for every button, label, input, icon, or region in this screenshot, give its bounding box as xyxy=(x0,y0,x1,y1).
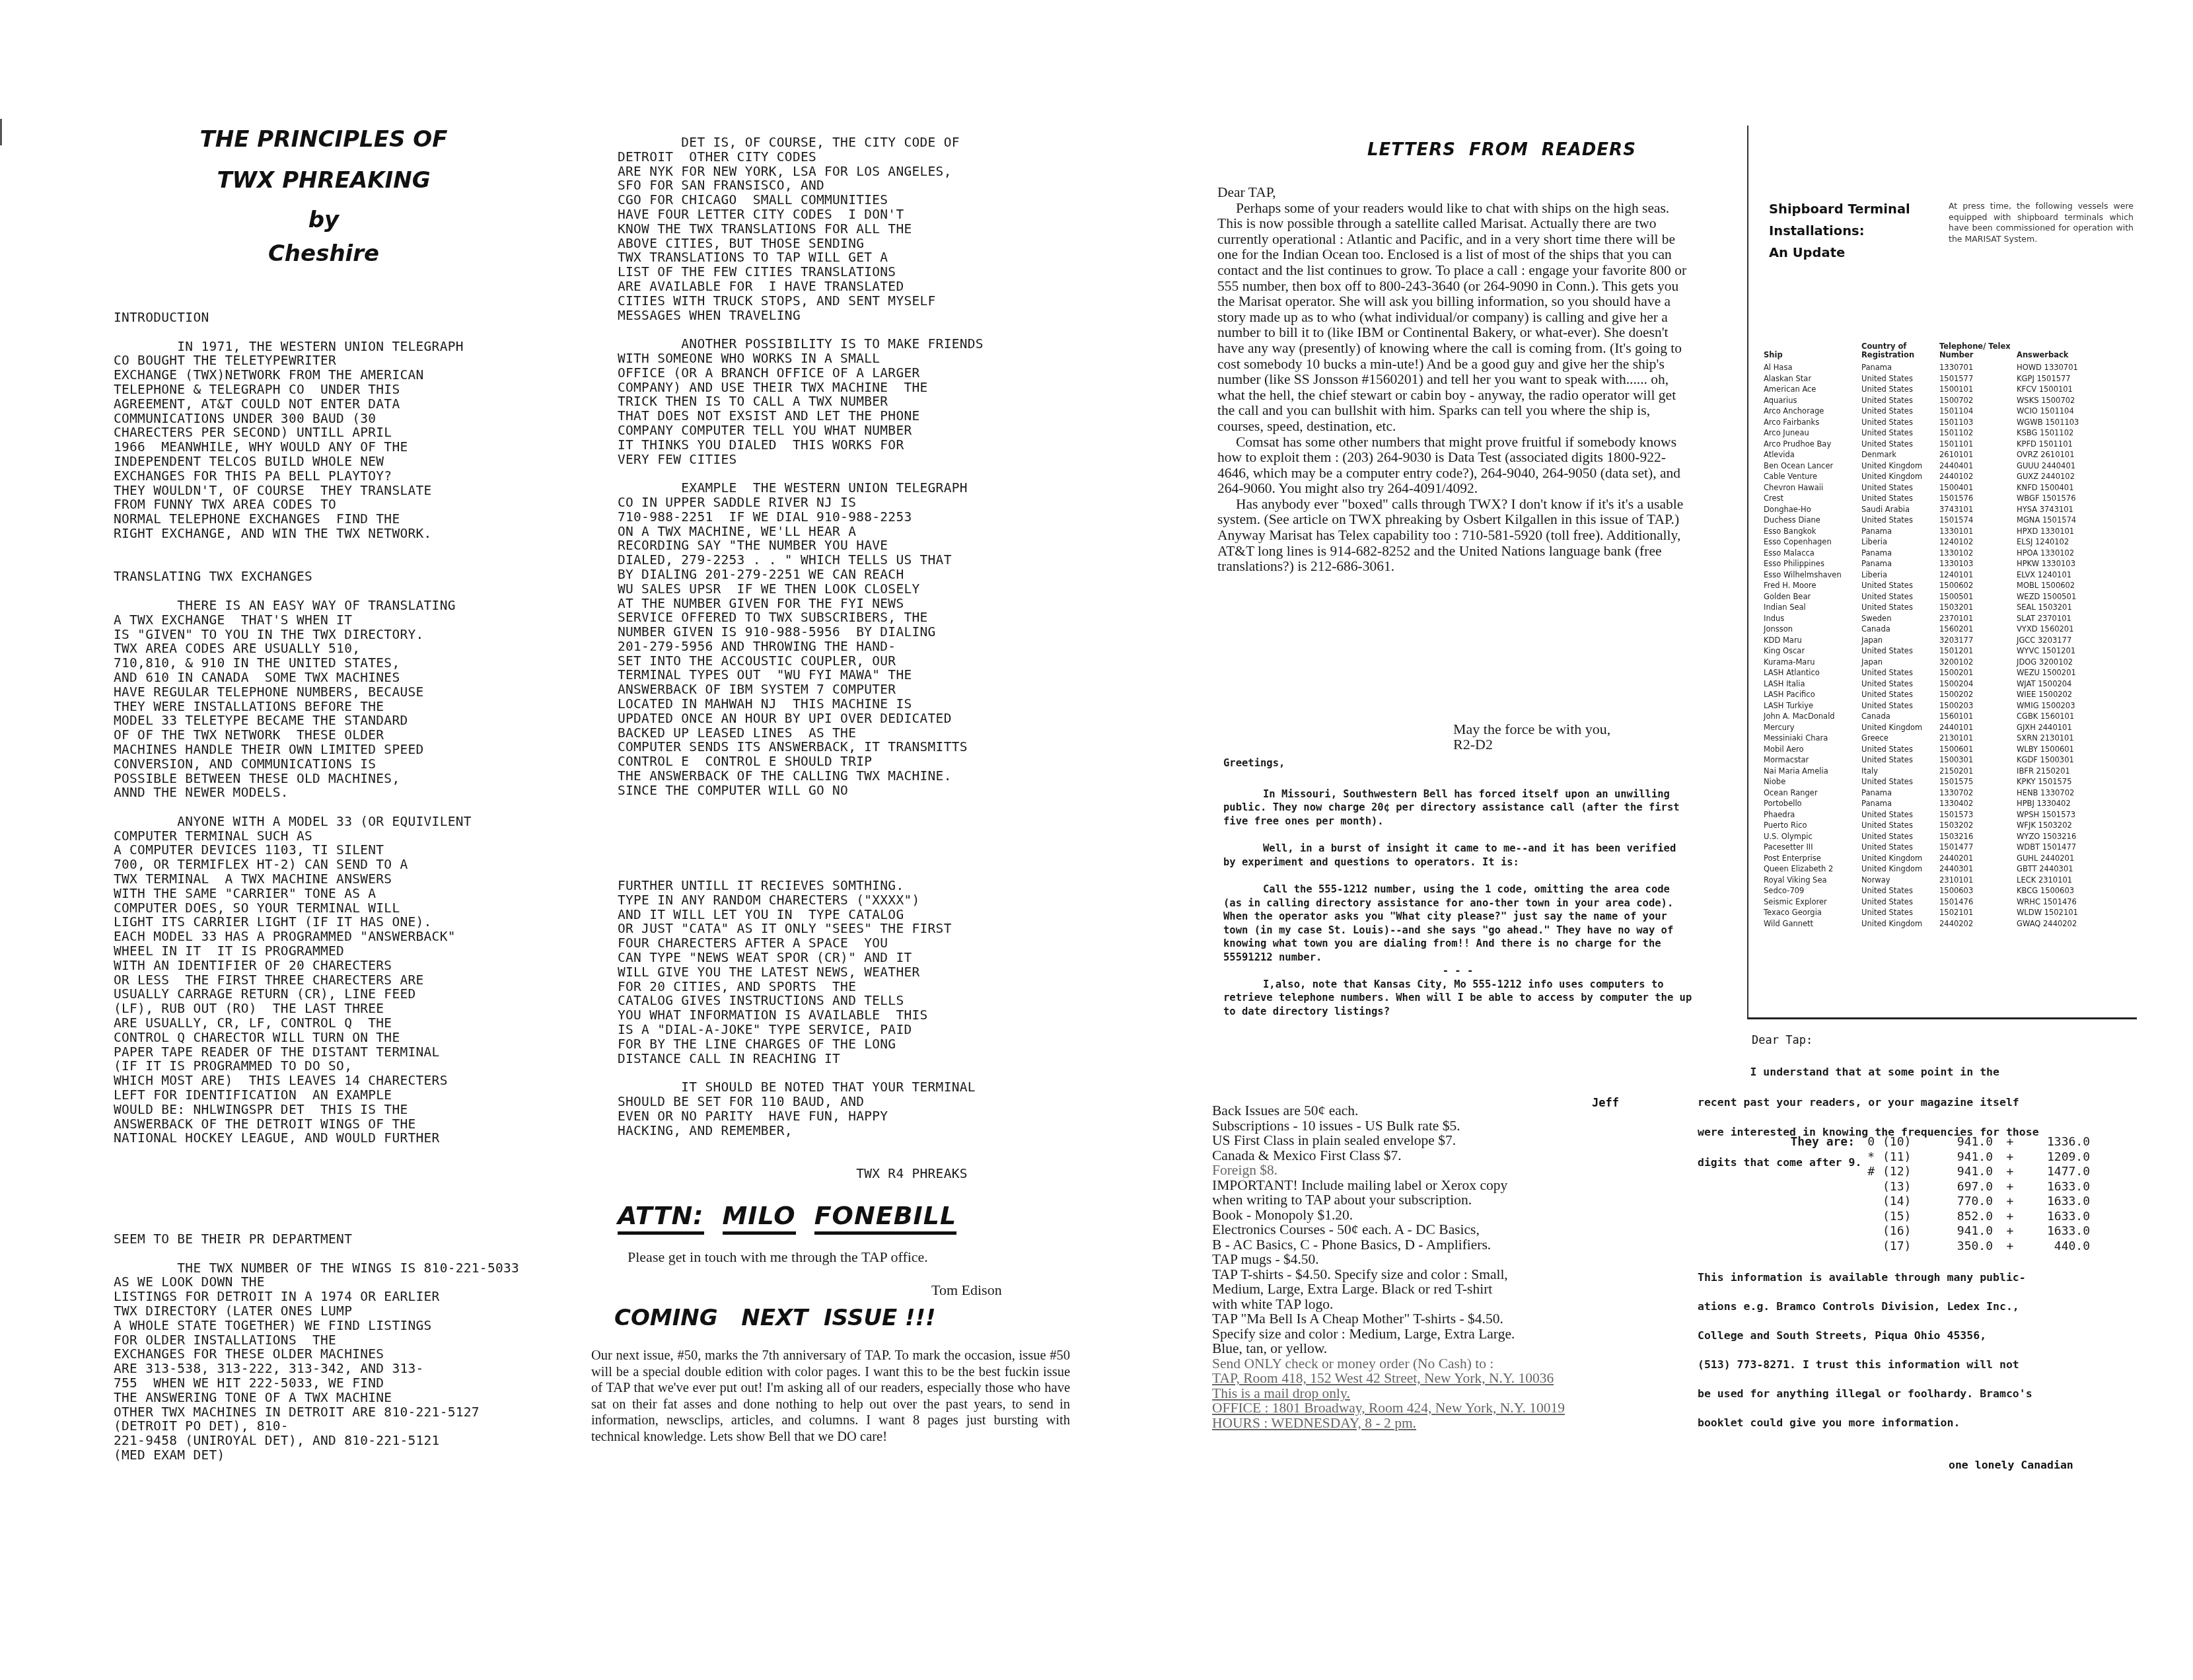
ship-country: United States xyxy=(1861,580,1939,591)
text-line: RIGHT EXCHANGE, AND WIN THE TWX NETWORK. xyxy=(114,527,472,541)
ship-name: Ocean Ranger xyxy=(1764,787,1861,799)
ship-telex: 1503202 xyxy=(1939,820,2017,831)
text-line xyxy=(114,556,472,570)
frequency-row: (16)941.0+1633.0 xyxy=(1752,1224,2094,1239)
table-row: AtlevidaDenmark2610101OVRZ 2610101 xyxy=(1764,449,2103,460)
frequency-cell: 941.0 xyxy=(1926,1224,1997,1239)
ship-name: Sedco-709 xyxy=(1764,885,1861,896)
ship-name: Arco Prudhoe Bay xyxy=(1764,439,1861,450)
ship-name: Post Enterprise xyxy=(1764,853,1861,864)
ship-answerback: KNFD 1500401 xyxy=(2017,482,2103,493)
text-line: POSSIBLE BETWEEN THESE OLD MACHINES, xyxy=(114,772,472,786)
table-row: Mobil AeroUnited States1500601WLBY 15006… xyxy=(1764,744,2103,755)
table-row: Post EnterpriseUnited Kingdom2440201GUHL… xyxy=(1764,853,2103,864)
letter-line: booklet could give you more information. xyxy=(1698,1408,2180,1438)
ship-telex: 1501576 xyxy=(1939,493,2017,504)
text-line: FOUR CHARECTERS AFTER A SPACE YOU xyxy=(618,936,976,951)
ship-country: Panama xyxy=(1861,798,1939,809)
ship-name: Crest xyxy=(1764,493,1861,504)
ship-country: Liberia xyxy=(1861,536,1939,548)
frequency-cell: (14) xyxy=(1879,1194,1926,1210)
text-line: WITH SOMEONE WHO WORKS IN A SMALL xyxy=(618,351,984,366)
text-line: CO IN UPPER SADDLE RIVER NJ IS xyxy=(618,495,984,510)
ship-answerback: MOBL 1500602 xyxy=(2017,580,2103,591)
ship-name: American Ace xyxy=(1764,384,1861,395)
text-line xyxy=(114,584,472,599)
text-line: WILL GIVE YOU THE LATEST NEWS, WEATHER xyxy=(618,965,976,980)
ad-back-issues: Back Issues are 50¢ each. xyxy=(1212,1103,1641,1118)
ship-answerback: CGBK 1560101 xyxy=(2017,711,2103,722)
text-line: WHICH MOST ARE) THIS LEAVES 14 CHARECTER… xyxy=(114,1074,472,1088)
frequency-cell xyxy=(1859,1239,1879,1255)
ship-name: Mercury xyxy=(1764,722,1861,733)
ship-country: United States xyxy=(1861,744,1939,755)
letter-separator: - - - xyxy=(1223,964,1692,978)
table-row: PortobelloPanama1330402HPBJ 1330402 xyxy=(1764,798,2103,809)
ship-name: Indus xyxy=(1764,613,1861,624)
ad-courses: Electronics Courses - 50¢ each. A - DC B… xyxy=(1212,1222,1641,1237)
frequency-cell: 0 xyxy=(1859,1135,1879,1150)
table-row: Arco JuneauUnited States1501102KSBG 1501… xyxy=(1764,427,2103,439)
frequency-cell: + xyxy=(1997,1150,2023,1165)
frequency-cell: # xyxy=(1859,1165,1879,1180)
text-line: TRANSLATING TWX EXCHANGES xyxy=(114,569,472,584)
text-line: ON A TWX MACHINE, WE'LL HEAR A xyxy=(618,525,984,539)
ship-telex: 2150201 xyxy=(1939,766,2017,777)
frequency-cell: (15) xyxy=(1879,1210,1926,1225)
text-line: AGREEMENT, AT&T COULD NOT ENTER DATA xyxy=(114,397,472,412)
text-line xyxy=(618,1066,976,1080)
text-line: INDEPENDENT TELCOS BUILD WHOLE NEW xyxy=(114,455,472,469)
ship-country: United States xyxy=(1861,885,1939,896)
ship-country: United Kingdom xyxy=(1861,471,1939,482)
ship-name: Kurama-Maru xyxy=(1764,657,1861,668)
ship-answerback: MGNA 1501574 xyxy=(2017,515,2103,526)
ship-country: United Kingdom xyxy=(1861,460,1939,472)
table-row: Wild GannettUnited Kingdom2440202GWAQ 24… xyxy=(1764,918,2103,930)
ship-telex: 1500202 xyxy=(1939,689,2017,700)
text-line: SERVICE OFFERED TO TWX SUBSCRIBERS, THE xyxy=(618,610,984,625)
text-line: SFO FOR SAN FRANSISCO, AND xyxy=(618,178,984,193)
ship-name: KDD Maru xyxy=(1764,635,1861,646)
text-line: IS A "DIAL-A-JOKE" TYPE SERVICE, PAID xyxy=(618,1023,976,1037)
shipboard-title-line: An Update xyxy=(1769,242,1910,264)
ship-country: United States xyxy=(1861,831,1939,842)
column-header-ship: Ship xyxy=(1764,342,1861,362)
ship-country: United Kingdom xyxy=(1861,853,1939,864)
ship-telex: 1500501 xyxy=(1939,591,2017,603)
text-line: TERMINAL TYPES OUT "WU FYI MAWA" THE xyxy=(618,668,984,682)
ship-country: Liberia xyxy=(1861,569,1939,581)
frequency-cell xyxy=(1859,1194,1879,1210)
text-line: FOR 20 CITIES, AND SPORTS THE xyxy=(618,980,976,994)
frequency-cell: + xyxy=(1997,1239,2023,1255)
letter-paragraph: Call the 555-1212 number, using the 1 co… xyxy=(1223,883,1692,964)
letter-closing: May the force be with you, xyxy=(1453,721,1610,737)
text-line xyxy=(114,1247,519,1261)
article-title: THE PRINCIPLES OF TWX PHREAKING by Chesh… xyxy=(152,119,495,268)
text-line: A COMPUTER DEVICES 1103, TI SILENT xyxy=(114,843,472,858)
text-line: DETROIT OTHER CITY CODES xyxy=(618,150,984,164)
frequency-cell: 1477.0 xyxy=(2023,1165,2094,1180)
table-row: Queen Elizabeth 2United Kingdom2440301GB… xyxy=(1764,863,2103,875)
text-line: WHEEL IN IT IT IS PROGRAMMED xyxy=(114,944,472,959)
text-line: LIGHT ITS CARRIER LIGHT (IF IT HAS ONE). xyxy=(114,915,472,930)
text-line: OTHER TWX MACHINES IN DETROIT ARE 810-22… xyxy=(114,1405,519,1420)
ship-answerback: WFJK 1503202 xyxy=(2017,820,2103,831)
ship-country: Norway xyxy=(1861,875,1939,886)
ship-answerback: JDOG 3200102 xyxy=(2017,657,2103,668)
milo-notice-body: Please get in touch with me through the … xyxy=(628,1249,928,1266)
text-line: MACHINES HANDLE THEIR OWN LIMITED SPEED xyxy=(114,743,472,757)
ship-name: Al Hasa xyxy=(1764,362,1861,373)
text-line: EXCHANGES FOR THIS PA BELL PLAYTOY? xyxy=(114,469,472,484)
ship-answerback: ELSJ 1240102 xyxy=(2017,536,2103,548)
table-row: Puerto RicoUnited States1503202WFJK 1503… xyxy=(1764,820,2103,831)
dtmf-frequency-table: They are:0(10)941.0+1336.0*(11)941.0+120… xyxy=(1752,1135,2094,1254)
frequency-cell: They are: xyxy=(1752,1135,1859,1150)
ship-answerback: OVRZ 2610101 xyxy=(2017,449,2103,460)
text-line: PAPER TAPE READER OF THE DISTANT TERMINA… xyxy=(114,1045,472,1060)
frequency-cell: + xyxy=(1997,1135,2023,1150)
frequency-row: *(11)941.0+1209.0 xyxy=(1752,1150,2094,1165)
table-row: John A. MacDonaldCanada1560101CGBK 15601… xyxy=(1764,711,2103,722)
shipboard-table-body: Al HasaPanama1330701HOWD 1330701Alaskan … xyxy=(1764,362,2103,929)
text-line: DET IS, OF COURSE, THE CITY CODE OF xyxy=(618,135,984,150)
ship-answerback: ELVX 1240101 xyxy=(2017,569,2103,581)
text-line: NORMAL TELEPHONE EXCHANGES FIND THE xyxy=(114,512,472,527)
text-line: 700, OR TERMIFLEX HT-2) CAN SEND TO A xyxy=(114,858,472,872)
ship-telex: 1330402 xyxy=(1939,798,2017,809)
ship-telex: 2310101 xyxy=(1939,875,2017,886)
ship-name: U.S. Olympic xyxy=(1764,831,1861,842)
text-line: EXCHANGES FOR THESE OLDER MACHINES xyxy=(114,1347,519,1362)
ship-name: Portobello xyxy=(1764,798,1861,809)
text-line: SEEM TO BE THEIR PR DEPARTMENT xyxy=(114,1232,519,1247)
ship-answerback: WSKS 1500702 xyxy=(2017,395,2103,406)
frequency-cell xyxy=(1859,1210,1879,1225)
ship-answerback: KBCG 1500603 xyxy=(2017,885,2103,896)
ship-telex: 1240102 xyxy=(1939,536,2017,548)
text-line: DISTANCE CALL IN REACHING IT xyxy=(618,1052,976,1066)
milo-title-word: MILO xyxy=(723,1201,796,1235)
table-row: LASH AtlanticoUnited States1500201WEZU 1… xyxy=(1764,667,2103,678)
frequency-cell: (13) xyxy=(1879,1180,1926,1195)
ad-tshirts-2: Medium, Large, Extra Large. Black or red… xyxy=(1212,1282,1641,1297)
frequency-cell xyxy=(1752,1194,1859,1210)
column-header-country: Country of Registration xyxy=(1861,342,1939,362)
ship-country: United States xyxy=(1861,689,1939,700)
ship-answerback: SXRN 2130101 xyxy=(2017,733,2103,744)
ship-telex: 3200102 xyxy=(1939,657,2017,668)
table-row: Golden BearUnited States1500501WEZD 1500… xyxy=(1764,591,2103,603)
frequency-row: #(12)941.0+1477.0 xyxy=(1752,1165,2094,1180)
ship-name: Esso Philippines xyxy=(1764,558,1861,569)
ship-answerback: HPKW 1330103 xyxy=(2017,558,2103,569)
text-line: FROM FUNNY TWX AREA CODES TO xyxy=(114,497,472,512)
text-line xyxy=(114,800,472,815)
ship-answerback: HENB 1330702 xyxy=(2017,787,2103,799)
text-line: FURTHER UNTILL IT RECIEVES SOMTHING. xyxy=(618,879,976,893)
letter-r2d2-signoff: May the force be with you, R2-D2 xyxy=(1453,721,1610,752)
text-line: 710,810, & 910 IN THE UNITED STATES, xyxy=(114,656,472,671)
ship-telex: 2610101 xyxy=(1939,449,2017,460)
table-row: Sedco-709United States1500603KBCG 150060… xyxy=(1764,885,2103,896)
text-line: USUALLY CARRAGE RETURN (CR), LINE FEED xyxy=(114,987,472,1002)
ship-country: United States xyxy=(1861,427,1939,439)
ship-country: United Kingdom xyxy=(1861,918,1939,930)
text-line: MESSAGES WHEN TRAVELING xyxy=(618,309,984,323)
table-row: Arco FairbanksUnited States1501103WGWB 1… xyxy=(1764,417,2103,428)
ship-telex: 1503201 xyxy=(1939,602,2017,613)
ship-answerback: KPKY 1501575 xyxy=(2017,776,2103,787)
ship-country: United States xyxy=(1861,515,1939,526)
letter-paragraph: I,also, note that Kansas City, Mo 555-12… xyxy=(1223,978,1692,1019)
frequency-cell: 350.0 xyxy=(1926,1239,1997,1255)
ship-telex: 1330702 xyxy=(1939,787,2017,799)
ship-answerback: HPOA 1330102 xyxy=(2017,548,2103,559)
ship-country: Japan xyxy=(1861,635,1939,646)
frequency-cell: 1209.0 xyxy=(2023,1150,2094,1165)
ship-telex: 1501574 xyxy=(1939,515,2017,526)
ship-name: Fred H. Moore xyxy=(1764,580,1861,591)
ad-mabell-tshirts-3: Blue, tan, or yellow. xyxy=(1212,1341,1641,1356)
ship-telex: 2440401 xyxy=(1939,460,2017,472)
letter-jeff: Greetings, In Missouri, Southwestern Bel… xyxy=(1223,756,1692,1032)
table-row: Messiniaki CharaGreece2130101SXRN 213010… xyxy=(1764,733,2103,744)
ad-book: Book - Monopoly $1.20. xyxy=(1212,1208,1641,1223)
ship-answerback: LECK 2310101 xyxy=(2017,875,2103,886)
ship-name: Royal Viking Sea xyxy=(1764,875,1861,886)
text-line: LOCATED IN MAHWAH NJ THIS MACHINE IS xyxy=(618,697,984,712)
frequency-cell: 1336.0 xyxy=(2023,1135,2094,1150)
text-line: IN 1971, THE WESTERN UNION TELEGRAPH xyxy=(114,340,472,354)
text-line xyxy=(114,541,472,556)
ship-telex: 1500702 xyxy=(1939,395,2017,406)
table-row: AquariusUnited States1500702WSKS 1500702 xyxy=(1764,395,2103,406)
frequency-cell: 941.0 xyxy=(1926,1135,1997,1150)
ship-answerback: WCIO 1501104 xyxy=(2017,406,2103,417)
ship-answerback: HOWD 1330701 xyxy=(2017,362,2103,373)
ship-answerback: WYVC 1501201 xyxy=(2017,645,2103,657)
table-row: Esso WilhelmshavenLiberia1240101ELVX 124… xyxy=(1764,569,2103,581)
text-line: CHARECTERS PER SECOND) UNTILL APRIL xyxy=(114,425,472,440)
ship-country: Panama xyxy=(1861,548,1939,559)
text-line: 201-279-5956 AND THROWING THE HAND- xyxy=(618,639,984,654)
ship-country: Canada xyxy=(1861,711,1939,722)
article-title-line-1: THE PRINCIPLES OF xyxy=(152,119,495,160)
table-row: IndusSweden2370101SLAT 2370101 xyxy=(1764,613,2103,624)
ship-telex: 1500101 xyxy=(1939,384,2017,395)
text-line: TYPE IN ANY RANDOM CHARECTERS ("XXXX") xyxy=(618,893,976,908)
ship-country: United States xyxy=(1861,439,1939,450)
ship-answerback: KSBG 1501102 xyxy=(2017,427,2103,439)
ship-country: Panama xyxy=(1861,787,1939,799)
ship-name: Esso Wilhelmshaven xyxy=(1764,569,1861,581)
frequency-cell xyxy=(1752,1224,1859,1239)
ship-answerback: JGCC 3203177 xyxy=(2017,635,2103,646)
frequency-cell: (10) xyxy=(1879,1135,1926,1150)
text-line: ANND THE NEWER MODELS. xyxy=(114,785,472,800)
page-edge-mark xyxy=(0,119,2,145)
ad-mabell-tshirts: TAP "Ma Bell Is A Cheap Mother" T-shirts… xyxy=(1212,1311,1641,1327)
ship-country: United States xyxy=(1861,809,1939,821)
text-line: MODEL 33 TELETYPE BECAME THE STANDARD xyxy=(114,713,472,728)
text-line: ABOVE CITIES, BUT THOSE SENDING xyxy=(618,237,984,251)
ship-country: United States xyxy=(1861,482,1939,493)
ad-canada-mexico: Canada & Mexico First Class $7. xyxy=(1212,1148,1641,1163)
ad-tshirts-3: with white TAP logo. xyxy=(1212,1297,1641,1312)
ship-name: LASH Pacifico xyxy=(1764,689,1861,700)
ship-telex: 1330101 xyxy=(1939,526,2017,537)
coming-next-issue-title: COMING NEXT ISSUE !!! xyxy=(614,1305,936,1331)
letter-paragraph: In Missouri, Southwestern Bell has force… xyxy=(1223,787,1692,828)
letter-canadian-body: This information is available through ma… xyxy=(1698,1263,2180,1438)
text-line: FOR BY THE LINE CHARGES OF THE LONG xyxy=(618,1037,976,1052)
text-line: OF OF THE TWX NETWORK THESE OLDER xyxy=(114,728,472,743)
tap-subscription-info: Back Issues are 50¢ each. Subscriptions … xyxy=(1212,1103,1641,1430)
text-line: 1966 MEANWHILE, WHY WOULD ANY OF THE xyxy=(114,440,472,455)
ship-telex: 2130101 xyxy=(1939,733,2017,744)
text-line: TWX AREA CODES ARE USUALLY 510, xyxy=(114,641,472,656)
ship-telex: 2440102 xyxy=(1939,471,2017,482)
table-row: Esso PhilippinesPanama1330103HPKW 133010… xyxy=(1764,558,2103,569)
ship-country: United Kingdom xyxy=(1861,863,1939,875)
text-line xyxy=(618,322,984,337)
text-line: TWX DIRECTORY (LATER ONES LUMP xyxy=(114,1304,519,1319)
ship-telex: 1330701 xyxy=(1939,362,2017,373)
table-row: Esso CopenhagenLiberia1240102ELSJ 124010… xyxy=(1764,536,2103,548)
table-row: Pacesetter IIIUnited States1501477WDBT 1… xyxy=(1764,842,2103,853)
frequency-cell: 440.0 xyxy=(2023,1239,2094,1255)
ship-answerback: GJXH 2440101 xyxy=(2017,722,2103,733)
ship-country: United States xyxy=(1861,776,1939,787)
ship-country: Panama xyxy=(1861,558,1939,569)
ship-country: United States xyxy=(1861,820,1939,831)
table-row: Arco Prudhoe BayUnited States1501101KPFD… xyxy=(1764,439,2103,450)
text-line: IT THINKS YOU DIALED THIS WORKS FOR xyxy=(618,438,984,453)
table-row: Ben Ocean LancerUnited Kingdom2440401GUU… xyxy=(1764,460,2103,472)
table-row: Cable VentureUnited Kingdom2440102GUXZ 2… xyxy=(1764,471,2103,482)
text-line: LISTINGS FOR DETROIT IN A 1974 OR EARLIE… xyxy=(114,1290,519,1304)
ship-name: Golden Bear xyxy=(1764,591,1861,603)
ship-answerback: KFCV 1500101 xyxy=(2017,384,2103,395)
ship-name: John A. MacDonald xyxy=(1764,711,1861,722)
ship-telex: 1501103 xyxy=(1939,417,2017,428)
ship-telex: 1501573 xyxy=(1939,809,2017,821)
ship-name: LASH Turkiye xyxy=(1764,700,1861,712)
frequency-cell: + xyxy=(1997,1210,2023,1225)
letter-line: be used for anything illegal or foolhard… xyxy=(1698,1379,2180,1408)
ship-country: Greece xyxy=(1861,733,1939,744)
shipboard-intro: At press time, the following vessels wer… xyxy=(1949,201,2134,244)
column-header-answerback: Answerback xyxy=(2017,342,2103,362)
ship-country: United States xyxy=(1861,406,1939,417)
ship-answerback: WPSH 1501573 xyxy=(2017,809,2103,821)
ship-answerback: WEZU 1500201 xyxy=(2017,667,2103,678)
ship-name: Arco Fairbanks xyxy=(1764,417,1861,428)
ship-name: Nai Maria Amelia xyxy=(1764,766,1861,777)
ship-answerback: HYSA 3743101 xyxy=(2017,504,2103,515)
table-row: Nai Maria AmeliaItaly2150201IBFR 2150201 xyxy=(1764,766,2103,777)
text-line: WITH AN IDENTIFIER OF 20 CHARECTERS xyxy=(114,959,472,973)
table-row: JonssonCanada1560201VYXD 1560201 xyxy=(1764,624,2103,635)
milo-title-word: ATTN: xyxy=(618,1201,704,1235)
ship-name: Esso Copenhagen xyxy=(1764,536,1861,548)
text-line: CONTROL Q CHARECTOR WILL TURN ON THE xyxy=(114,1031,472,1045)
ad-mugs: TAP mugs - $4.50. xyxy=(1212,1252,1641,1267)
article-column-1-continued: SEEM TO BE THEIR PR DEPARTMENT THE TWX N… xyxy=(114,1232,519,1463)
ship-name: Esso Bangkok xyxy=(1764,526,1861,537)
frequency-row: (15)852.0+1633.0 xyxy=(1752,1210,2094,1225)
ad-mail-address: TAP, Room 418, 152 West 42 Street, New Y… xyxy=(1212,1371,1641,1386)
text-line: AT THE NUMBER GIVEN FOR THE FYI NEWS xyxy=(618,597,984,611)
text-line: COMPUTER DOES, SO YOUR TERMINAL WILL xyxy=(114,901,472,916)
ship-name: Aquarius xyxy=(1764,395,1861,406)
text-line: COMPANY) AND USE THEIR TWX MACHINE THE xyxy=(618,381,984,395)
frequency-cell: (12) xyxy=(1879,1165,1926,1180)
ship-name: Wild Gannett xyxy=(1764,918,1861,930)
letter-line: College and South Streets, Piqua Ohio 45… xyxy=(1698,1321,2180,1350)
text-line: TWX R4 PHREAKS xyxy=(618,1167,976,1181)
table-row: Alaskan StarUnited States1501577KGPJ 150… xyxy=(1764,373,2103,384)
ship-answerback: WMIG 1500203 xyxy=(2017,700,2103,712)
frequency-cell xyxy=(1752,1150,1859,1165)
ship-telex: 1500201 xyxy=(1939,667,2017,678)
table-row: Indian SealUnited States1503201SEAL 1503… xyxy=(1764,602,2103,613)
ship-telex: 1500301 xyxy=(1939,754,2017,766)
ad-mail-drop: This is a mail drop only. xyxy=(1212,1386,1641,1401)
ship-telex: 1500203 xyxy=(1939,700,2017,712)
ship-name: LASH Atlantico xyxy=(1764,667,1861,678)
ship-telex: 1503216 xyxy=(1939,831,2017,842)
ship-answerback: WIEE 1500202 xyxy=(2017,689,2103,700)
text-line xyxy=(114,325,472,340)
ship-name: Seismic Explorer xyxy=(1764,896,1861,908)
text-line: THAT DOES NOT EXSIST AND LET THE PHONE xyxy=(618,409,984,423)
shipboard-table-header: Ship Country of Registration Telephone/ … xyxy=(1764,342,2103,362)
ship-name: Pacesetter III xyxy=(1764,842,1861,853)
table-row: Donghae-HoSaudi Arabia3743101HYSA 374310… xyxy=(1764,504,2103,515)
text-line: (IF IT IS PROGRAMMED TO DO SO, xyxy=(114,1059,472,1074)
text-line: A TWX EXCHANGE THAT'S WHEN IT xyxy=(114,613,472,628)
frequency-cell: 697.0 xyxy=(1926,1180,1997,1195)
letters-title: LETTERS FROM READERS xyxy=(1367,140,1636,160)
ship-name: Donghae-Ho xyxy=(1764,504,1861,515)
ship-answerback: GUXZ 2440102 xyxy=(2017,471,2103,482)
text-line: AND 610 IN CANADA SOME TWX MACHINES xyxy=(114,671,472,685)
text-line: RECORDING SAY "THE NUMBER YOU HAVE xyxy=(618,538,984,553)
ship-telex: 1501477 xyxy=(1939,842,2017,853)
text-line: EXCHANGE (TWX)NETWORK FROM THE AMERICAN xyxy=(114,368,472,383)
ship-telex: 1560201 xyxy=(1939,624,2017,635)
ad-tshirts: TAP T-shirts - $4.50. Specify size and c… xyxy=(1212,1267,1641,1282)
ship-answerback: WGWB 1501103 xyxy=(2017,417,2103,428)
frequency-cell: 770.0 xyxy=(1926,1194,1997,1210)
text-line: BACKED UP LEASED LINES AS THE xyxy=(618,726,984,741)
frequency-cell: 1633.0 xyxy=(2023,1194,2094,1210)
frequency-cell: 1633.0 xyxy=(2023,1180,2094,1195)
text-line: THE ANSWERBACK OF THE CALLING TWX MACHIN… xyxy=(618,769,984,784)
ship-telex: 1501101 xyxy=(1939,439,2017,450)
text-line: CAN TYPE "NEWS WEAT SPOR (CR)" AND IT xyxy=(618,951,976,965)
ship-name: Atlevida xyxy=(1764,449,1861,460)
text-line: LIST OF THE FEW CITIES TRANSLATIONS xyxy=(618,265,984,279)
ship-country: United States xyxy=(1861,754,1939,766)
article-column-1: INTRODUCTION IN 1971, THE WESTERN UNION … xyxy=(114,310,472,1146)
frequency-row: (13)697.0+1633.0 xyxy=(1752,1180,2094,1195)
text-line: CITIES WITH TRUCK STOPS, AND SENT MYSELF xyxy=(618,294,984,309)
